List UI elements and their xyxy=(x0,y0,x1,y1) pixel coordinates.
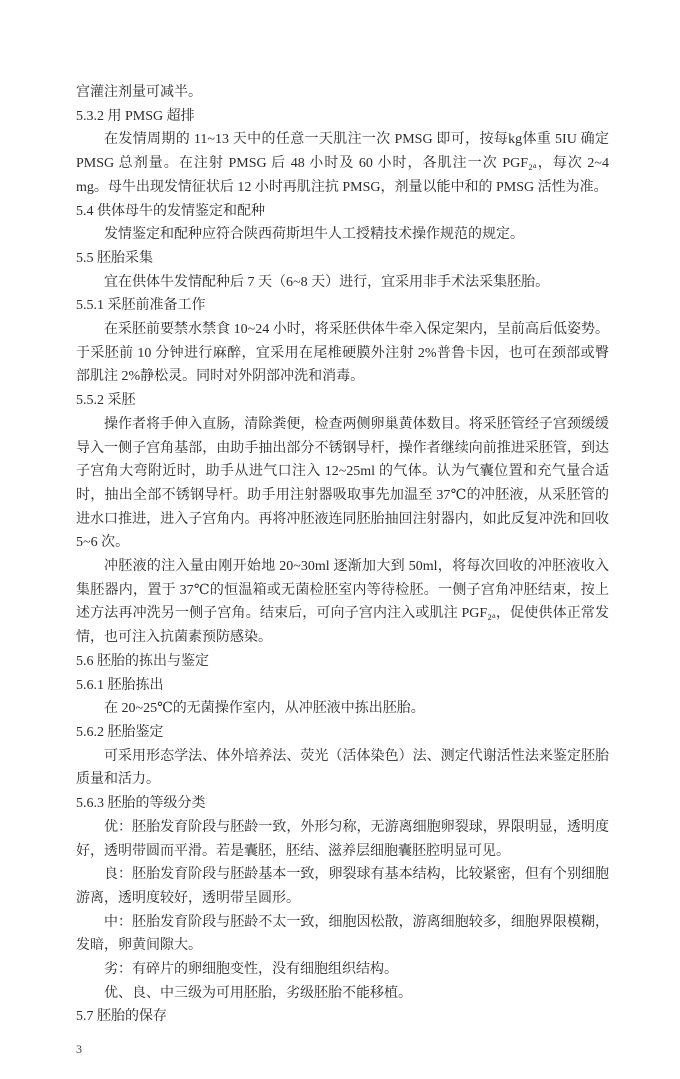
paragraph-flushing-volume: 冲胚液的注入量由刚开始地 20~30ml 逐渐加大到 50ml，将每次回收的冲胚… xyxy=(76,555,609,650)
heading-5-7-embryo-preservation: 5.7 胚胎的保存 xyxy=(76,1005,609,1029)
paragraph-evaluation-methods: 可采用形态学法、体外培养法、荧光（活体染色）法、测定代谢活性法来鉴定胚胎质量和活… xyxy=(76,745,609,792)
paragraph-estrus-mating-standard: 发情鉴定和配种应符合陕西荷斯坦牛人工授精技术操作规范的规定。 xyxy=(76,223,609,247)
paragraph-grade-medium: 中：胚胎发育阶段与胚龄不太一致，细胞因松散，游离细胞较多，细胞界限模糊，发暗，卵… xyxy=(76,911,609,958)
heading-5-6-1-embryo-picking: 5.6.1 胚胎拣出 xyxy=(76,674,609,698)
heading-5-6-3-embryo-grading: 5.6.3 胚胎的等级分类 xyxy=(76,792,609,816)
heading-5-5-embryo-collection: 5.5 胚胎采集 xyxy=(76,247,609,271)
paragraph-usable-grades: 优、良、中三级为可用胚胎，劣级胚胎不能移植。 xyxy=(76,982,609,1006)
paragraph-continuation-uterine-dose: 宫灌注剂量可减半。 xyxy=(76,81,609,105)
paragraph-preparation-details: 在采胚前要禁水禁食 10~24 小时，将采胚供体牛牵入保定架内，呈前高后低姿势。… xyxy=(76,318,609,389)
paragraph-grade-excellent: 优：胚胎发育阶段与胚龄一致，外形匀称，无游离细胞卵裂球，界限明显，透明度好，透明… xyxy=(76,816,609,863)
paragraph-grade-poor: 劣：有碎片的卵细胞变性，没有细胞组织结构。 xyxy=(76,958,609,982)
heading-5-6-selection-evaluation: 5.6 胚胎的拣出与鉴定 xyxy=(76,650,609,674)
paragraph-pmsg-dosage: 在发情周期的 11~13 天中的任意一天肌注一次 PMSG 即可，按每kg体重 … xyxy=(76,128,609,199)
document-body: 宫灌注剂量可减半。 5.3.2 用 PMSG 超排 在发情周期的 11~13 天… xyxy=(76,81,609,1029)
paragraph-flushing-procedure: 操作者将手伸入直肠，清除粪便，检查两侧卵巢黄体数目。将采胚管经子宫颈缓缓导入一侧… xyxy=(76,413,609,555)
heading-5-5-2-flushing: 5.5.2 采胚 xyxy=(76,389,609,413)
paragraph-collection-timing: 宜在供体牛发情配种后 7 天（6~8 天）进行，宜采用非手术法采集胚胎。 xyxy=(76,271,609,295)
page-number: 3 xyxy=(76,1039,609,1059)
document-page: 宫灌注剂量可减半。 5.3.2 用 PMSG 超排 在发情周期的 11~13 天… xyxy=(0,0,680,1079)
paragraph-picking-conditions: 在 20~25℃的无菌操作室内，从冲胚液中拣出胚胎。 xyxy=(76,697,609,721)
heading-5-5-1-preparation: 5.5.1 采胚前准备工作 xyxy=(76,294,609,318)
paragraph-grade-good: 良：胚胎发育阶段与胚龄基本一致，卵裂球有基本结构，比较紧密，但有个别细胞游离，透… xyxy=(76,863,609,910)
heading-5-6-2-embryo-evaluation: 5.6.2 胚胎鉴定 xyxy=(76,721,609,745)
heading-5-3-2-pmsg-superovulation: 5.3.2 用 PMSG 超排 xyxy=(76,105,609,129)
heading-5-4-donor-estrus-mating: 5.4 供体母牛的发情鉴定和配种 xyxy=(76,200,609,224)
